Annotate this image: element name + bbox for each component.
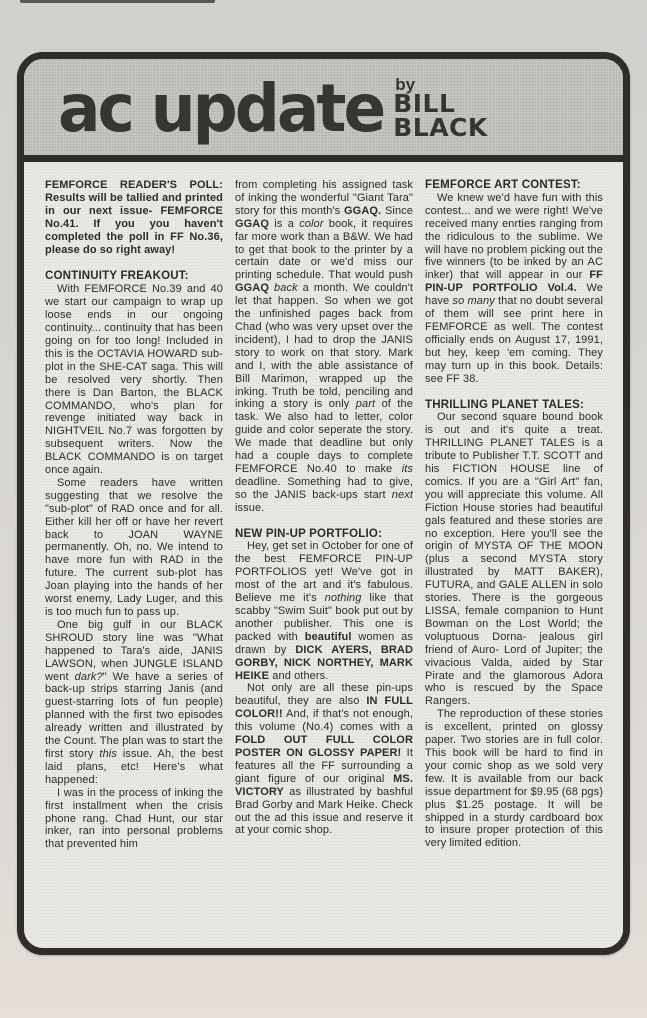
paragraph: One big gulf in our BLACK SHROUD story l…: [45, 619, 223, 787]
section-heading-thrilling-planet-tales: THRILLING PLANET TALES:: [425, 399, 603, 412]
paragraph: Not only are all these pin-ups beautiful…: [235, 682, 413, 837]
section-heading-continuity-freakout: CONTINUITY FREAKOUT:: [45, 270, 223, 283]
byline-last-name: BLACK: [393, 116, 488, 140]
column-3: FEMFORCE ART CONTEST: We knew we'd have …: [425, 179, 603, 932]
article-body: FEMFORCE READER'S POLL: Results will be …: [24, 162, 623, 948]
paragraph: Our second square bound book is out and …: [425, 411, 603, 708]
byline: by BILL BLACK: [393, 67, 488, 140]
column-1: FEMFORCE READER'S POLL: Results will be …: [45, 179, 223, 932]
masthead: ac update by BILL BLACK: [24, 59, 623, 155]
paragraph: We knew we'd have fun with this contest.…: [425, 192, 603, 386]
section-heading-new-pinup-portfolio: NEW PIN-UP PORTFOLIO:: [235, 528, 413, 541]
newsletter-panel: ac update by BILL BLACK FEMFORCE READER'…: [17, 52, 630, 955]
paragraph: Some readers have written suggesting tha…: [45, 477, 223, 619]
paragraph: from completing his assigned task of ink…: [235, 179, 413, 515]
paragraph: Hey, get set in October for one of the b…: [235, 540, 413, 682]
column-2: from completing his assigned task of ink…: [235, 179, 413, 932]
readers-poll-paragraph: FEMFORCE READER'S POLL: Results will be …: [45, 179, 223, 256]
paragraph: With FEMFORCE No.39 and 40 we start our …: [45, 283, 223, 477]
masthead-divider: [24, 155, 623, 162]
ac-update-logo: ac update: [58, 65, 383, 152]
scan-artifact-bar: [20, 0, 215, 3]
paragraph: I was in the process of inking the first…: [45, 787, 223, 852]
section-heading-femforce-art-contest: FEMFORCE ART CONTEST:: [425, 179, 603, 192]
paragraph: The reproduction of these stories is exc…: [425, 708, 603, 850]
